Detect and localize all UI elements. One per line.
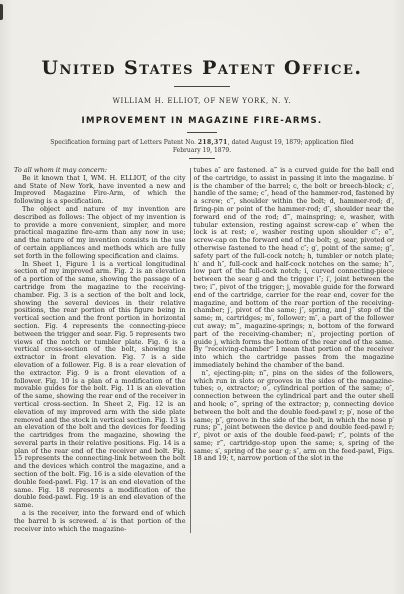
scan-artifact: [0, 4, 3, 20]
paragraph-figures: In Sheet 1, Figure 1 is a vertical longi…: [14, 261, 186, 511]
body-columns: To all whom it may concern: Be it known …: [14, 167, 394, 533]
paragraph-parts-list: tubes a″ are fastened. a‴ is a curved gu…: [194, 167, 394, 370]
column-divider: [190, 168, 191, 533]
document-header: United States Patent Office. WILLIAM H. …: [0, 0, 404, 159]
paragraph-parts-list-continued: n″, ejecting-pin; n‴, pins on the sides …: [194, 370, 394, 464]
specification-line: Specification forming part of Letters Pa…: [37, 139, 367, 154]
divider-rule: [174, 86, 230, 87]
invention-title: IMPROVEMENT IN MAGAZINE FIRE-ARMS.: [0, 116, 404, 126]
paragraph-object: The object and nature of my invention ar…: [14, 206, 186, 261]
inventor-line: WILLIAM H. ELLIOT, OF NEW YORK, N. Y.: [0, 97, 404, 105]
divider-rule: [189, 158, 215, 159]
patent-document-page: United States Patent Office. WILLIAM H. …: [0, 0, 404, 594]
divider-rule: [187, 132, 217, 133]
right-column: tubes a″ are fastened. a‴ is a curved gu…: [194, 167, 394, 533]
spec-prefix: Specification forming part of Letters Pa…: [50, 139, 198, 146]
page-title: United States Patent Office.: [0, 0, 404, 79]
patent-number: 218,371: [198, 139, 228, 146]
left-column: To all whom it may concern: Be it known …: [14, 167, 186, 533]
paragraph-oath: Be it known that I, WM. H. ELLIOT, of th…: [14, 175, 186, 206]
paragraph-receiver: a is the receiver, into the forward end …: [14, 510, 186, 533]
